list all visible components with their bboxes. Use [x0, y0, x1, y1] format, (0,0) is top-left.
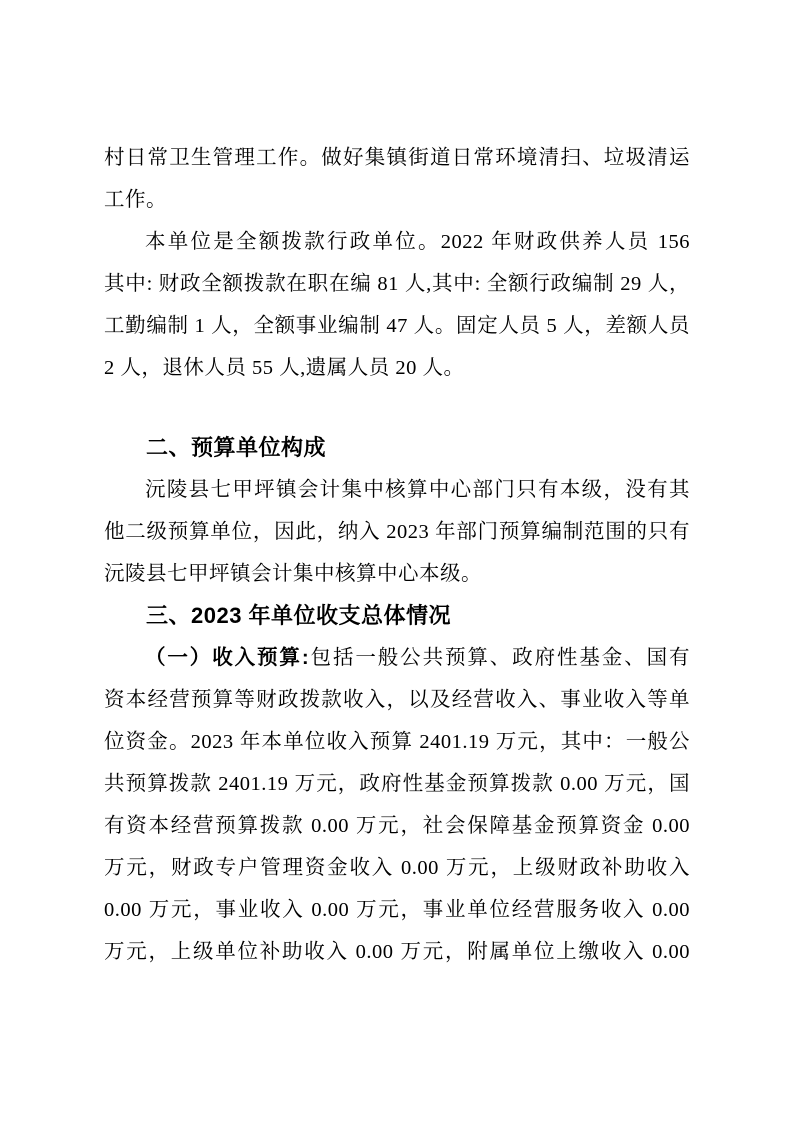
text-line: （一）收入预算:包括一般公共预算、政府性基金、国有	[104, 637, 690, 679]
document-content: 村日常卫生管理工作。做好集镇街道日常环境清扫、垃圾清运 工作。 本单位是全额拨款…	[0, 0, 793, 973]
text-line: 0.00 万元，事业收入 0.00 万元，事业单位经营服务收入 0.00	[104, 889, 690, 931]
text-line: 万元，财政专户管理资金收入 0.00 万元，上级财政补助收入	[104, 847, 690, 889]
text-line: 本单位是全额拨款行政单位。2022 年财政供养人员 156 人。	[104, 221, 690, 263]
text-line: 沅陵县七甲坪镇会计集中核算中心本级。	[104, 553, 690, 595]
income-paragraph-lead-rest: 包括一般公共预算、政府性基金、国有	[309, 647, 690, 669]
income-paragraph-lead-bold: （一）收入预算:	[145, 646, 309, 669]
text-line: 共预算拨款 2401.19 万元，政府性基金预算拨款 0.00 万元，国	[104, 763, 690, 805]
section-2-heading: 二、预算单位构成	[104, 427, 690, 469]
text-line: 有资本经营预算拨款 0.00 万元，社会保障基金预算资金 0.00	[104, 805, 690, 847]
text-line: 他二级预算单位，因此，纳入 2023 年部门预算编制范围的只有	[104, 511, 690, 553]
text-line: 沅陵县七甲坪镇会计集中核算中心部门只有本级，没有其	[104, 469, 690, 511]
text-line: 位资金。2023 年本单位收入预算 2401.19 万元，其中：一般公	[104, 721, 690, 763]
text-line: 资本经营预算等财政拨款收入，以及经营收入、事业收入等单	[104, 679, 690, 721]
text-line: 2 人，退休人员 55 人,遗属人员 20 人。	[104, 347, 690, 389]
text-line: 工勤编制 1 人，全额事业编制 47 人。固定人员 5 人，差额人员	[104, 305, 690, 347]
text-line: 工作。	[104, 179, 690, 221]
text-line: 村日常卫生管理工作。做好集镇街道日常环境清扫、垃圾清运	[104, 137, 690, 179]
text-line: 其中: 财政全额拨款在职在编 81 人,其中: 全额行政编制 29 人，	[104, 263, 690, 305]
document-page: 村日常卫生管理工作。做好集镇街道日常环境清扫、垃圾清运 工作。 本单位是全额拨款…	[0, 0, 793, 1122]
text-line: 万元，上级单位补助收入 0.00 万元，附属单位上缴收入 0.00	[104, 931, 690, 973]
section-3-heading: 三、2023 年单位收支总体情况	[104, 595, 690, 637]
